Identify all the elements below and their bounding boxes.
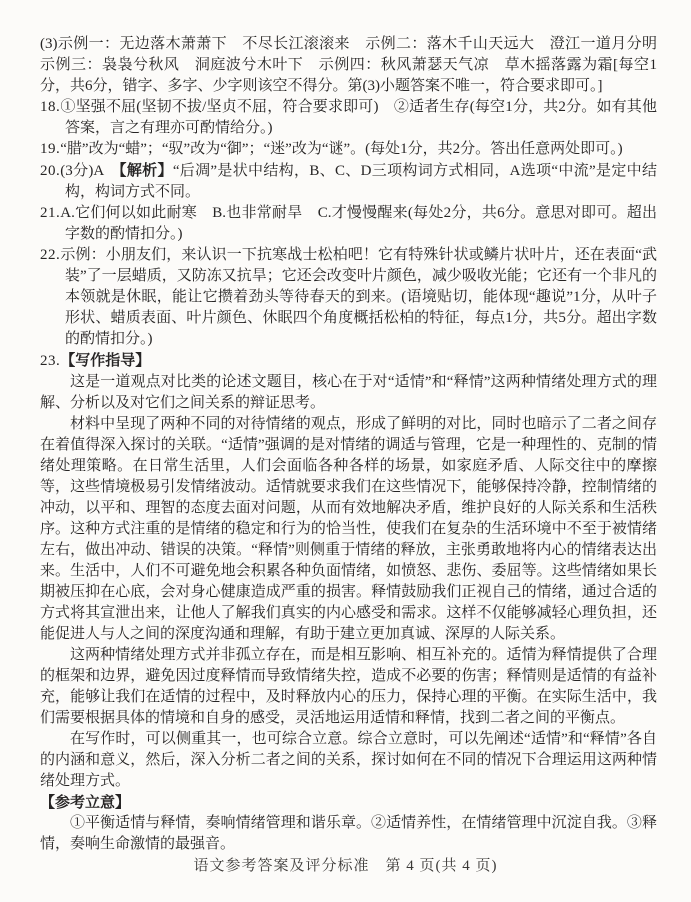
- guidance-paragraph-1: 这是一道观点对比类的论述文题目，核心在于对“适情”和“释情”这两种情绪处理方式的…: [40, 372, 657, 414]
- item-22-text: 示例：小朋友们，来认识一下抗寒战士松柏吧！它有特殊针状或鳞片状叶片，还在表面“武…: [60, 247, 657, 347]
- answer-item-19: 19.“腊”改为“蜡”；“驭”改为“御”；“迷”改为“谜”。(每处1分，共2分。…: [40, 139, 657, 160]
- answer-item-20: 20.(3分)A 【解析】“后凋”是状中结构，B、C、D三项构词方式相同，A选项…: [40, 160, 657, 203]
- answer-item-23: 23.【写作指导】 这是一道观点对比类的论述文题目，核心在于对“适情”和“释情”…: [40, 350, 657, 855]
- answer-item-17-3: (3)示例一：无边落木萧萧下 不尽长江滚滚来 示例二：落木千山天远大 澄江一道月…: [40, 34, 657, 97]
- item-21-number: 21.: [40, 205, 60, 221]
- answer-content: (3)示例一：无边落木萧萧下 不尽长江滚滚来 示例二：落木千山天远大 澄江一道月…: [40, 34, 657, 855]
- answer-item-22: 22.示例：小朋友们，来认识一下抗寒战士松柏吧！它有特殊针状或鳞片状叶片，还在表…: [40, 245, 657, 350]
- reference-ideas-header: 【参考立意】: [40, 792, 657, 813]
- item-19-text: “腊”改为“蜡”；“驭”改为“御”；“迷”改为“谜”。(每处1分，共2分。答出任…: [60, 141, 622, 157]
- item-18-number: 18.: [40, 99, 60, 115]
- item-20-answer: (3分)A: [60, 163, 119, 179]
- guidance-paragraph-2: 材料中呈现了两种不同的对待情绪的观点，形成了鲜明的对比，同时也暗示了二者之间存在…: [40, 414, 657, 645]
- guidance-paragraph-4: 在写作时，可以侧重其一，也可综合立意。综合立意时，可以先阐述“适情”和“释情”各…: [40, 729, 657, 792]
- scanned-answer-sheet-page: (3)示例一：无边落木萧萧下 不尽长江滚滚来 示例二：落木千山天远大 澄江一道月…: [0, 0, 691, 902]
- item-22-number: 22.: [40, 247, 60, 263]
- item-18-text: ①坚强不屈(坚韧不拔/坚贞不屈，符合要求即可) ②适者生存(每空1分，共2分。如…: [60, 99, 657, 136]
- item-19-number: 19.: [40, 141, 60, 157]
- page-footer: 语文参考答案及评分标准 第 4 页(共 4 页): [0, 856, 691, 877]
- item-21-text: A.它们何以如此耐寒 B.也非常耐旱 C.才慢慢醒来(每处2分，共6分。意思对即…: [60, 205, 657, 242]
- item-23-header-line: 23.【写作指导】: [40, 350, 657, 372]
- reference-ideas-points: ①平衡适情与释情，奏响情绪管理和谐乐章。②适情养性，在情绪管理中沉淀自我。③释情…: [40, 813, 657, 855]
- writing-guidance-header: 【写作指导】: [60, 352, 150, 369]
- answer-item-18: 18.①坚强不屈(坚韧不拔/坚贞不屈，符合要求即可) ②适者生存(每空1分，共2…: [40, 97, 657, 139]
- analysis-label: 【解析】: [119, 162, 173, 179]
- item-23-number: 23.: [40, 353, 60, 369]
- answer-item-21: 21.A.它们何以如此耐寒 B.也非常耐旱 C.才慢慢醒来(每处2分，共6分。意…: [40, 203, 657, 245]
- item-20-number: 20.: [40, 163, 60, 179]
- guidance-paragraph-3: 这两种情绪处理方式并非孤立存在，而是相互影响、相互补充的。适情为释情提供了合理的…: [40, 645, 657, 729]
